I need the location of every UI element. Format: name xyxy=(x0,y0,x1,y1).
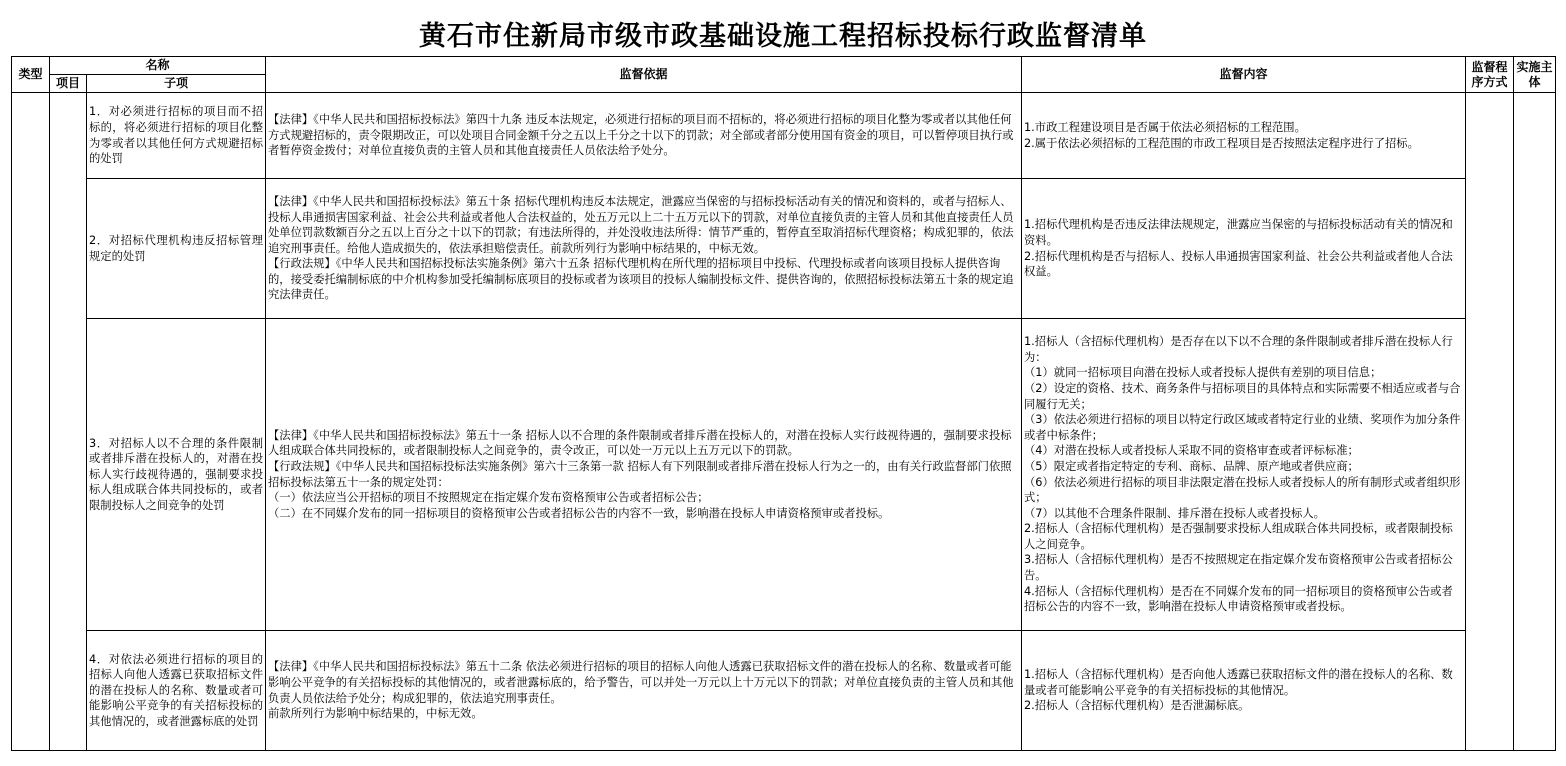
content-line: （1）就同一招标项目向潜在投标人或者投标人提供有差别的项目信息； xyxy=(1024,365,1463,381)
basis-paragraph: 【行政法规】《中华人民共和国招标投标法实施条例》第六十五条 招标代理机构在所代理… xyxy=(268,256,1019,303)
item-cell xyxy=(50,93,87,751)
procedure-cell xyxy=(1466,93,1514,751)
basis-paragraph: 【法律】《中华人民共和国招标投标法》第五十一条 招标人以不合理的条件限制或者排斥… xyxy=(268,428,1019,459)
content-line: （5）限定或者指定特定的专利、商标、品牌、原产地或者供应商； xyxy=(1024,459,1463,475)
content-line: 4.招标人（含招标代理机构）是否在不同媒介发布的同一招标项目的资格预审公告或者招… xyxy=(1024,584,1463,615)
content-line: （7）以其他不合理条件限制、排斥潜在投标人或者投标人。 xyxy=(1024,506,1463,522)
header-subitem: 子项 xyxy=(87,75,266,93)
content-line: 1.招标人（含招标代理机构）是否存在以下以不合理的条件限制或者排斥潜在投标人行为… xyxy=(1024,334,1463,365)
header-item: 项目 xyxy=(50,75,87,93)
content-line: 1.市政工程建设项目是否属于依法必须招标的工程范围。 xyxy=(1024,120,1463,136)
table-row: 1．对必须进行招标的项目而不招标的，将必须进行招标的项目化整为零或者以其他任何方… xyxy=(12,93,1556,179)
basis-cell: 【法律】《中华人民共和国招标投标法》第五十二条 依法必须进行招标的项目的招标人向… xyxy=(266,631,1022,751)
content-cell: 1.市政工程建设项目是否属于依法必须招标的工程范围。 2.属于依法必须招标的工程… xyxy=(1022,93,1466,179)
subitem-cell: 1．对必须进行招标的项目而不招标的，将必须进行招标的项目化整为零或者以其他任何方… xyxy=(87,93,266,179)
header-name: 名称 xyxy=(50,57,266,75)
basis-paragraph: 【行政法规】《中华人民共和国招标投标法实施条例》第六十三条第一款 招标人有下列限… xyxy=(268,459,1019,490)
basis-paragraph: 【法律】《中华人民共和国招标投标法》第四十九条 违反本法规定，必须进行招标的项目… xyxy=(268,112,1019,159)
basis-paragraph: 前款所列行为影响中标结果的，中标无效。 xyxy=(268,706,1019,722)
content-line: （3）依法必须进行招标的项目以特定行政区域或者特定行业的业绩、奖项作为加分条件或… xyxy=(1024,412,1463,443)
subject-cell xyxy=(1514,93,1556,751)
content-line: 2.招标人（含招标代理机构）是否强制要求投标人组成联合体共同投标，或者限制投标人… xyxy=(1024,521,1463,552)
basis-paragraph: （一）依法应当公开招标的项目不按照规定在指定媒介发布资格预审公告或者招标公告； xyxy=(268,490,1019,506)
basis-cell: 【法律】《中华人民共和国招标投标法》第四十九条 违反本法规定，必须进行招标的项目… xyxy=(266,93,1022,179)
document-title: 黄石市住新局市级市政基础设施工程招标投标行政监督清单 xyxy=(0,14,1566,53)
content-line: 2.属于依法必须招标的工程范围的市政工程项目是否按照法定程序进行了招标。 xyxy=(1024,136,1463,152)
basis-paragraph: 【法律】《中华人民共和国招标投标法》第五十条 招标代理机构违反本法规定，泄露应当… xyxy=(268,194,1019,256)
content-cell: 1.招标代理机构是否违反法律法规规定，泄露应当保密的与招标投标活动有关的情况和资… xyxy=(1022,179,1466,319)
content-line: 2.招标代理机构是否与招标人、投标人串通损害国家利益、社会公共利益或者他人合法权… xyxy=(1024,249,1463,280)
content-line: （2）设定的资格、技术、商务条件与招标项目的具体特点和实际需要不相适应或者与合同… xyxy=(1024,381,1463,412)
table-row: 3．对招标人以不合理的条件限制或者排斥潜在投标人的，对潜在投标人实行歧视待遇的，… xyxy=(12,319,1556,631)
content-line: 2.招标人（含招标代理机构）是否泄漏标底。 xyxy=(1024,698,1463,714)
content-line: （6）依法必须进行招标的项目非法限定潜在投标人或者投标人的所有制形式或者组织形式… xyxy=(1024,475,1463,506)
header-procedure: 监督程序方式 xyxy=(1466,57,1514,93)
header-type: 类型 xyxy=(12,57,50,93)
content-line: 1.招标代理机构是否违反法律法规规定，泄露应当保密的与招标投标活动有关的情况和资… xyxy=(1024,217,1463,248)
content-line: （4）对潜在投标人或者投标人采取不同的资格审查或者评标标准； xyxy=(1024,443,1463,459)
table-row: 4．对依法必须进行招标的项目的招标人向他人透露已获取招标文件的潜在投标人的名称、… xyxy=(12,631,1556,751)
basis-cell: 【法律】《中华人民共和国招标投标法》第五十条 招标代理机构违反本法规定，泄露应当… xyxy=(266,179,1022,319)
supervision-table: 类型 名称 监督依据 监督内容 监督程序方式 实施主体 项目 子项 1．对必须进… xyxy=(11,56,1556,751)
header-subject: 实施主体 xyxy=(1514,57,1556,93)
basis-paragraph: 【法律】《中华人民共和国招标投标法》第五十二条 依法必须进行招标的项目的招标人向… xyxy=(268,659,1019,706)
basis-paragraph: （二）在不同媒介发布的同一招标项目的资格预审公告或者招标公告的内容不一致，影响潜… xyxy=(268,506,1019,522)
subitem-cell: 3．对招标人以不合理的条件限制或者排斥潜在投标人的，对潜在投标人实行歧视待遇的，… xyxy=(87,319,266,631)
table-row: 2．对招标代理机构违反招标管理规定的处罚 【法律】《中华人民共和国招标投标法》第… xyxy=(12,179,1556,319)
basis-cell: 【法律】《中华人民共和国招标投标法》第五十一条 招标人以不合理的条件限制或者排斥… xyxy=(266,319,1022,631)
content-cell: 1.招标人（含招标代理机构）是否向他人透露已获取招标文件的潜在投标人的名称、数量… xyxy=(1022,631,1466,751)
type-cell xyxy=(12,93,50,751)
header-content: 监督内容 xyxy=(1022,57,1466,93)
subitem-cell: 2．对招标代理机构违反招标管理规定的处罚 xyxy=(87,179,266,319)
subitem-cell: 4．对依法必须进行招标的项目的招标人向他人透露已获取招标文件的潜在投标人的名称、… xyxy=(87,631,266,751)
content-line: 3.招标人（含招标代理机构）是否不按照规定在指定媒介发布资格预审公告或者招标公告… xyxy=(1024,552,1463,583)
content-cell: 1.招标人（含招标代理机构）是否存在以下以不合理的条件限制或者排斥潜在投标人行为… xyxy=(1022,319,1466,631)
content-line: 1.招标人（含招标代理机构）是否向他人透露已获取招标文件的潜在投标人的名称、数量… xyxy=(1024,667,1463,698)
header-basis: 监督依据 xyxy=(266,57,1022,93)
